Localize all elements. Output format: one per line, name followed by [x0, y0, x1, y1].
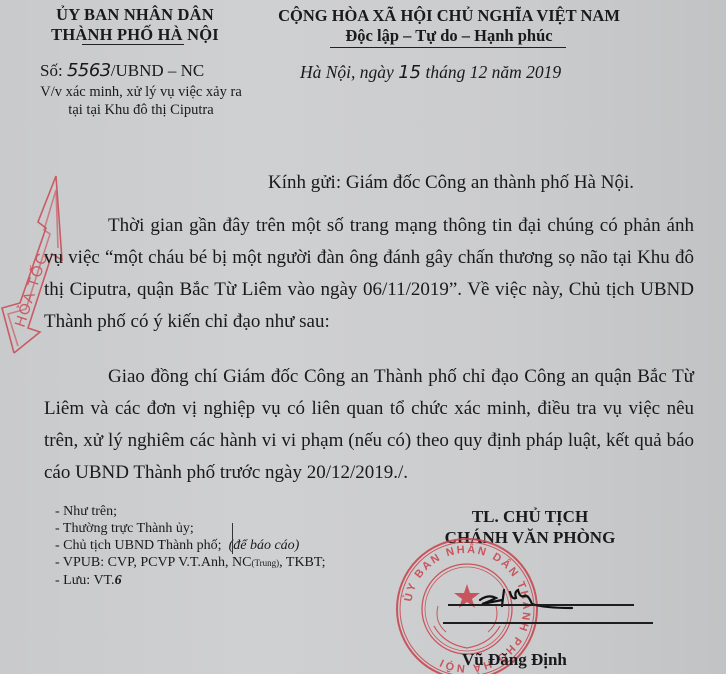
recipient-item: - Như trên; — [55, 503, 326, 520]
recipient-item: - VPUB: CVP, PCVP V.T.Anh, NC(Trung), TK… — [55, 554, 326, 572]
issuer-underline — [82, 44, 184, 45]
official-document: ỦY BAN NHÂN DÂN THÀNH PHỐ HÀ NỘI Số: 556… — [0, 0, 726, 674]
report-note: (để báo cáo) — [229, 538, 300, 553]
recipient-line: Kính gửi: Giám đốc Công an thành phố Hà … — [268, 172, 634, 194]
copies-mark: 6 — [115, 573, 122, 588]
doc-number-value: 5563 — [67, 60, 111, 81]
signature-line — [443, 622, 653, 624]
place-and-date: Hà Nội, ngày 15 tháng 12 năm 2019 — [300, 62, 561, 83]
document-subject: V/v xác minh, xử lý vụ việc xảy ra tại t… — [36, 83, 246, 119]
paragraph-context: Thời gian gần đây trên một số trang mạng… — [44, 210, 694, 338]
handwritten-signature-icon — [440, 582, 640, 612]
issuer-line-2: THÀNH PHỐ HÀ NỘI — [20, 25, 250, 45]
doc-number-label: Số: — [40, 61, 67, 80]
document-number: Số: 5563/UBND – NC — [40, 60, 204, 81]
motto-underline — [330, 47, 566, 48]
bracket-divider — [232, 523, 233, 554]
nc-subscript: (Trung) — [251, 558, 279, 568]
recipient-item: - Lưu: VT.6 — [55, 572, 326, 589]
date-day: 15 — [398, 62, 421, 83]
signer-name: Vũ Đăng Định — [462, 650, 567, 670]
date-prefix: Hà Nội, ngày — [300, 62, 398, 82]
issuer-line-1: ỦY BAN NHÂN DÂN — [20, 5, 250, 25]
recipient-item: - Chủ tịch UBND Thành phố; (để báo cáo) — [55, 537, 326, 554]
paragraph-directive: Giao đồng chí Giám đốc Công an Thành phố… — [44, 361, 694, 489]
national-motto: Độc lập – Tự do – Hạnh phúc — [264, 26, 634, 46]
doc-number-suffix: /UBND – NC — [111, 61, 205, 80]
national-title: CỘNG HÒA XÃ HỘI CHỦ NGHĨA VIỆT NAM — [264, 6, 634, 26]
issuing-authority: ỦY BAN NHÂN DÂN THÀNH PHỐ HÀ NỘI — [20, 5, 250, 45]
on-behalf-label: TL. CHỦ TỊCH — [430, 506, 630, 527]
paragraph-2-text: Giao đồng chí Giám đốc Công an Thành phố… — [44, 366, 694, 483]
paragraph-1-text: Thời gian gần đây trên một số trang mạng… — [44, 215, 694, 332]
signature-line — [448, 604, 634, 606]
date-suffix: tháng 12 năm 2019 — [421, 62, 561, 82]
recipients-list: - Như trên; - Thường trực Thành ủy; - Ch… — [55, 503, 326, 589]
recipient-item: - Thường trực Thành ủy; — [55, 520, 326, 537]
